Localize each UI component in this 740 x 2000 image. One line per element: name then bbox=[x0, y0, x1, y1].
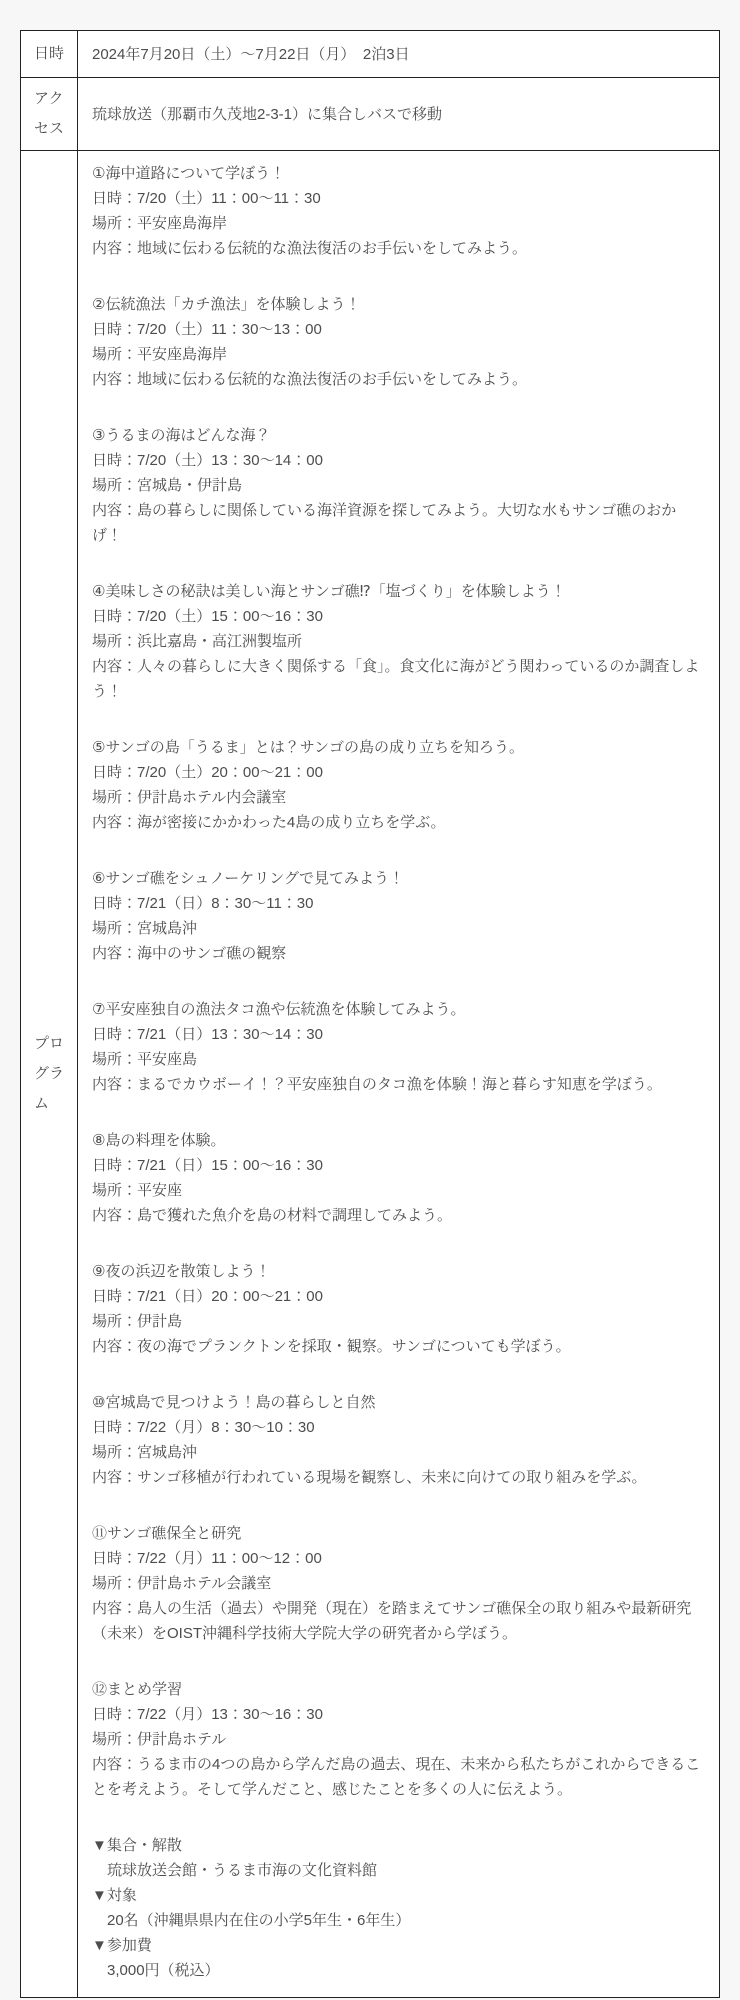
program-item: ⑪サンゴ礁保全と研究日時：7/22（月）11：00～12：00場所：伊計島ホテル… bbox=[92, 1521, 705, 1646]
program-footer-label: ▼参加費 bbox=[92, 1933, 705, 1958]
program-item-place: 場所：平安座 bbox=[92, 1178, 705, 1203]
program-item-datetime: 日時：7/21（日）13：30～14：30 bbox=[92, 1022, 705, 1047]
program-item-content: 内容：人々の暮らしに大きく関係する「食」。食文化に海がどう関わっているのか調査し… bbox=[92, 654, 705, 704]
program-item-title: ①海中道路について学ぼう！ bbox=[92, 161, 705, 186]
row-header-access: アクセス bbox=[21, 78, 78, 151]
program-item: ⑩宮城島で見つけよう！島の暮らしと自然日時：7/22（月）8：30～10：30場… bbox=[92, 1390, 705, 1490]
program-item: ⑤サンゴの島「うるま」とは？サンゴの島の成り立ちを知ろう。日時：7/20（土）2… bbox=[92, 735, 705, 835]
program-item: ⑫まとめ学習日時：7/22（月）13：30～16：30場所：伊計島ホテル内容：う… bbox=[92, 1677, 705, 1802]
program-item-list: ①海中道路について学ぼう！日時：7/20（土）11：00～11：30場所：平安座… bbox=[92, 161, 705, 1802]
program-item-content: 内容：地域に伝わる伝統的な漁法復活のお手伝いをしてみよう。 bbox=[92, 367, 705, 392]
program-footer-value: 琉球放送会館・うるま市海の文化資料館 bbox=[92, 1858, 705, 1883]
program-item: ③うるまの海はどんな海？日時：7/20（土）13：30～14：00場所：宮城島・… bbox=[92, 423, 705, 548]
program-item-datetime: 日時：7/20（土）20：00～21：00 bbox=[92, 760, 705, 785]
program-item-content: 内容：まるでカウボーイ！？平安座独自のタコ漁を体験！海と暮らす知恵を学ぼう。 bbox=[92, 1072, 705, 1097]
program-footer-label: ▼集合・解散 bbox=[92, 1833, 705, 1858]
program-footer-value: 3,000円（税込） bbox=[92, 1958, 705, 1983]
program-item-datetime: 日時：7/20（土）11：00～11：30 bbox=[92, 186, 705, 211]
program-item-datetime: 日時：7/20（土）13：30～14：00 bbox=[92, 448, 705, 473]
table-row-program: プログラム ①海中道路について学ぼう！日時：7/20（土）11：00～11：30… bbox=[21, 151, 720, 1998]
access-value: 琉球放送（那覇市久茂地2-3-1）に集合しバスで移動 bbox=[78, 78, 720, 151]
program-item-content: 内容：うるま市の4つの島から学んだ島の過去、現在、未来から私たちがこれからできる… bbox=[92, 1752, 705, 1802]
row-header-datetime: 日時 bbox=[21, 31, 78, 78]
program-item-content: 内容：島で獲れた魚介を島の材料で調理してみよう。 bbox=[92, 1203, 705, 1228]
program-item-datetime: 日時：7/21（日）20：00～21：00 bbox=[92, 1284, 705, 1309]
program-item-title: ⑩宮城島で見つけよう！島の暮らしと自然 bbox=[92, 1390, 705, 1415]
program-item-title: ⑦平安座独自の漁法タコ漁や伝統漁を体験してみよう。 bbox=[92, 997, 705, 1022]
program-item: ④美味しさの秘訣は美しい海とサンゴ礁⁉「塩づくり」を体験しよう！日時：7/20（… bbox=[92, 579, 705, 704]
program-footer: ▼集合・解散 琉球放送会館・うるま市海の文化資料館▼対象 20名（沖縄県県内在住… bbox=[92, 1833, 705, 1983]
program-item-place: 場所：平安座島 bbox=[92, 1047, 705, 1072]
program-item-place: 場所：伊計島 bbox=[92, 1309, 705, 1334]
program-item-place: 場所：平安座島海岸 bbox=[92, 211, 705, 236]
program-item-title: ②伝統漁法「カチ漁法」を体験しよう！ bbox=[92, 292, 705, 317]
program-item-place: 場所：平安座島海岸 bbox=[92, 342, 705, 367]
program-item-content: 内容：島人の生活（過去）や開発（現在）を踏まえてサンゴ礁保全の取り組みや最新研究… bbox=[92, 1596, 705, 1646]
row-header-program: プログラム bbox=[21, 151, 78, 1998]
program-item-place: 場所：宮城島沖 bbox=[92, 916, 705, 941]
program-item-title: ③うるまの海はどんな海？ bbox=[92, 423, 705, 448]
program-item-content: 内容：夜の海でプランクトンを採取・観察。サンゴについても学ぼう。 bbox=[92, 1334, 705, 1359]
datetime-value: 2024年7月20日（土）～7月22日（月） 2泊3日 bbox=[78, 31, 720, 78]
program-item-place: 場所：浜比嘉島・高江洲製塩所 bbox=[92, 629, 705, 654]
program-item: ⑥サンゴ礁をシュノーケリングで見てみよう！日時：7/21（日）8：30～11：3… bbox=[92, 866, 705, 966]
program-footer-value: 20名（沖縄県県内在住の小学5年生・6年生） bbox=[92, 1908, 705, 1933]
event-info-table: 日時 2024年7月20日（土）～7月22日（月） 2泊3日 アクセス 琉球放送… bbox=[20, 30, 720, 1998]
program-item-datetime: 日時：7/21（日）8：30～11：30 bbox=[92, 891, 705, 916]
program-item-datetime: 日時：7/22（月）11：00～12：00 bbox=[92, 1546, 705, 1571]
program-item-place: 場所：宮城島沖 bbox=[92, 1440, 705, 1465]
program-item: ⑦平安座独自の漁法タコ漁や伝統漁を体験してみよう。日時：7/21（日）13：30… bbox=[92, 997, 705, 1097]
program-item-place: 場所：宮城島・伊計島 bbox=[92, 473, 705, 498]
program-item-place: 場所：伊計島ホテル会議室 bbox=[92, 1571, 705, 1596]
program-item: ②伝統漁法「カチ漁法」を体験しよう！日時：7/20（土）11：30～13：00場… bbox=[92, 292, 705, 392]
program-item-datetime: 日時：7/21（日）15：00～16：30 bbox=[92, 1153, 705, 1178]
program-item: ①海中道路について学ぼう！日時：7/20（土）11：00～11：30場所：平安座… bbox=[92, 161, 705, 261]
program-item-title: ⑫まとめ学習 bbox=[92, 1677, 705, 1702]
program-item: ⑨夜の浜辺を散策しよう！日時：7/21（日）20：00～21：00場所：伊計島内… bbox=[92, 1259, 705, 1359]
program-item-content: 内容：サンゴ移植が行われている現場を観察し、未来に向けての取り組みを学ぶ。 bbox=[92, 1465, 705, 1490]
program-footer-label: ▼対象 bbox=[92, 1883, 705, 1908]
program-item-datetime: 日時：7/22（月）13：30～16：30 bbox=[92, 1702, 705, 1727]
program-item-content: 内容：島の暮らしに関係している海洋資源を探してみよう。大切な水もサンゴ礁のおかげ… bbox=[92, 498, 705, 548]
program-item-content: 内容：海が密接にかかわった4島の成り立ちを学ぶ。 bbox=[92, 810, 705, 835]
program-item-title: ⑪サンゴ礁保全と研究 bbox=[92, 1521, 705, 1546]
program-item-content: 内容：地域に伝わる伝統的な漁法復活のお手伝いをしてみよう。 bbox=[92, 236, 705, 261]
program-item-title: ④美味しさの秘訣は美しい海とサンゴ礁⁉「塩づくり」を体験しよう！ bbox=[92, 579, 705, 604]
table-row-access: アクセス 琉球放送（那覇市久茂地2-3-1）に集合しバスで移動 bbox=[21, 78, 720, 151]
program-item-datetime: 日時：7/22（月）8：30～10：30 bbox=[92, 1415, 705, 1440]
program-item: ⑧島の料理を体験。日時：7/21（日）15：00～16：30場所：平安座内容：島… bbox=[92, 1128, 705, 1228]
program-item-title: ⑤サンゴの島「うるま」とは？サンゴの島の成り立ちを知ろう。 bbox=[92, 735, 705, 760]
program-item-title: ⑨夜の浜辺を散策しよう！ bbox=[92, 1259, 705, 1284]
program-item-title: ⑥サンゴ礁をシュノーケリングで見てみよう！ bbox=[92, 866, 705, 891]
program-item-content: 内容：海中のサンゴ礁の観察 bbox=[92, 941, 705, 966]
program-item-place: 場所：伊計島ホテル内会議室 bbox=[92, 785, 705, 810]
program-item-place: 場所：伊計島ホテル bbox=[92, 1727, 705, 1752]
program-item-datetime: 日時：7/20（土）11：30～13：00 bbox=[92, 317, 705, 342]
program-item-datetime: 日時：7/20（土）15：00～16：30 bbox=[92, 604, 705, 629]
program-cell: ①海中道路について学ぼう！日時：7/20（土）11：00～11：30場所：平安座… bbox=[78, 151, 720, 1998]
program-item-title: ⑧島の料理を体験。 bbox=[92, 1128, 705, 1153]
page-background: 日時 2024年7月20日（土）～7月22日（月） 2泊3日 アクセス 琉球放送… bbox=[0, 30, 740, 2000]
table-row-datetime: 日時 2024年7月20日（土）～7月22日（月） 2泊3日 bbox=[21, 31, 720, 78]
